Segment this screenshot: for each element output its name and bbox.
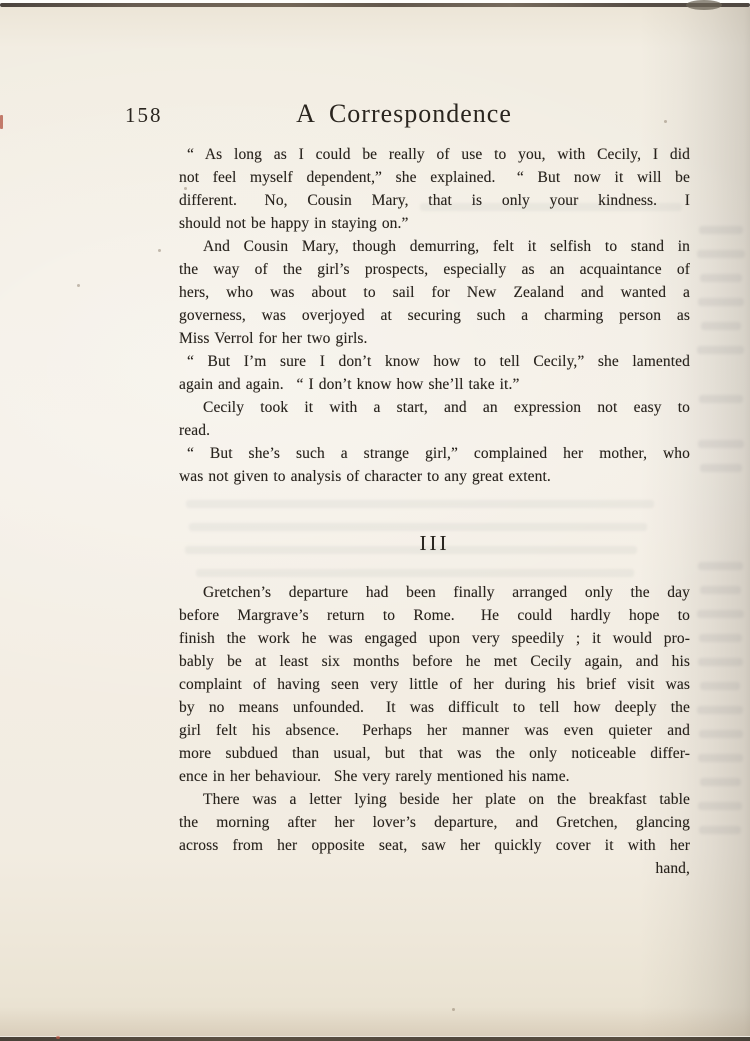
text-column: “ As long as I could be really of use to… <box>179 143 690 880</box>
ghost-texture <box>699 634 742 642</box>
section-heading: III <box>179 531 690 555</box>
ghost-texture <box>698 754 743 762</box>
dust-speck <box>664 120 667 123</box>
body-line: the way of the girl’s prospects, especia… <box>179 258 690 281</box>
body-line: should not be happy in staying on.” <box>179 212 690 235</box>
page-number: 158 <box>125 103 163 128</box>
paragraph: “ As long as I could be really of use to… <box>179 143 690 235</box>
body-line: across from her opposite seat, saw her q… <box>179 834 690 857</box>
paragraph: Cecily took it with a start, and an expr… <box>179 396 690 442</box>
paragraph: “ But I’m sure I don’t know how to tell … <box>179 350 690 396</box>
ghost-texture <box>699 730 743 738</box>
dust-speck <box>452 1008 455 1011</box>
ghost-texture <box>698 298 744 306</box>
ghost-texture <box>699 226 743 234</box>
catchword: hand, <box>179 857 690 880</box>
ghost-texture <box>697 250 745 258</box>
page-top-edge <box>0 3 750 7</box>
ghost-texture <box>698 802 742 810</box>
body-line: bably be at least six months before he m… <box>179 650 690 673</box>
ghost-texture <box>697 610 744 618</box>
body-line: “ As long as I could be really of use to… <box>179 143 690 166</box>
body-line: girl felt his absence. Perhaps her manne… <box>179 719 690 742</box>
paragraph: And Cousin Mary, though demurring, felt … <box>179 235 690 350</box>
ghost-texture <box>699 826 741 834</box>
ghost-texture <box>701 322 741 330</box>
scan-artifact <box>56 1036 60 1039</box>
dust-speck <box>158 249 161 252</box>
body-line: There was a letter lying beside her plat… <box>179 788 690 811</box>
dust-speck <box>77 284 80 287</box>
paragraph: Gretchen’s departure had been finally ar… <box>179 581 690 788</box>
body-line: hers, who was about to sail for New Zeal… <box>179 281 690 304</box>
running-title: A Correspondence <box>254 99 554 129</box>
body-line: the morning after her lover’s departure,… <box>179 811 690 834</box>
body-line: again and again. “ I don’t know how she’… <box>179 373 690 396</box>
ghost-texture <box>697 346 744 354</box>
paragraph: There was a letter lying beside her plat… <box>179 788 690 880</box>
ghost-texture <box>700 464 742 472</box>
body-line: was not given to analysis of character t… <box>179 465 690 488</box>
body-line: finish the work he was engaged upon very… <box>179 627 690 650</box>
body-line: before Margrave’s return to Rome. He cou… <box>179 604 690 627</box>
body-line: read. <box>179 419 690 442</box>
body-line: ence in her behaviour. She very rarely m… <box>179 765 690 788</box>
ghost-texture <box>699 395 743 403</box>
body-line: Gretchen’s departure had been finally ar… <box>179 581 690 604</box>
scan-artifact <box>0 115 3 129</box>
ghost-texture <box>700 778 741 786</box>
ghost-texture <box>698 562 743 570</box>
body-line: more subdued than usual, but that was th… <box>179 742 690 765</box>
body-line: Miss Verrol for her two girls. <box>179 327 690 350</box>
body-line: governess, was overjoyed at securing suc… <box>179 304 690 327</box>
body-line: “ But I’m sure I don’t know how to tell … <box>179 350 690 373</box>
body-line: And Cousin Mary, though demurring, felt … <box>179 235 690 258</box>
body-line: “ But she’s such a strange girl,” compla… <box>179 442 690 465</box>
body-line: Cecily took it with a start, and an expr… <box>179 396 690 419</box>
scan-artifact <box>686 0 722 10</box>
body-line: not feel myself dependent,” she explaine… <box>179 166 690 189</box>
paragraph: “ But she’s such a strange girl,” compla… <box>179 442 690 488</box>
page-bottom-edge <box>0 1037 750 1041</box>
ghost-texture <box>697 706 743 714</box>
body-line: different. No, Cousin Mary, that is only… <box>179 189 690 212</box>
ghost-texture <box>698 440 744 448</box>
bottom-shadow <box>0 1007 750 1037</box>
ghost-texture <box>698 658 743 666</box>
body-line: complaint of having seen very little of … <box>179 673 690 696</box>
body-line: by no means unfounded. It was difficult … <box>179 696 690 719</box>
ghost-texture <box>700 682 740 690</box>
ghost-texture <box>700 274 742 282</box>
ghost-texture <box>700 586 741 594</box>
